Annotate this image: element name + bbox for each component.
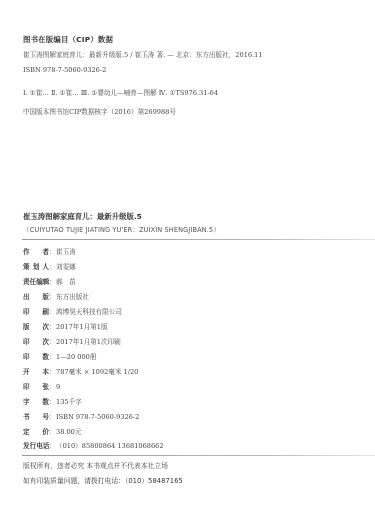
meta-value: 崔玉涛 — [56, 249, 76, 256]
meta-row-sheets: 印张 ： 9 — [23, 384, 60, 391]
meta-row-price: 定价 ： 38.00元 — [23, 429, 81, 436]
book-pinyin-title: （CUIYUTAO TUJIE JIATING YU'ER：ZUIXIN SHE… — [23, 227, 220, 234]
meta-label: 字数 — [23, 399, 49, 406]
meta-label: 出版 — [23, 294, 49, 301]
meta-label: 书号 — [23, 414, 49, 421]
meta-value: 2017年1月第1次印刷 — [56, 339, 121, 346]
meta-row-author: 作者 ： 崔玉涛 — [23, 249, 76, 256]
copyright-page: 图书在版编目（CIP）数据 崔玉涛图解家庭育儿：最新升级版.5 / 崔玉涛 著.… — [0, 0, 375, 517]
meta-label: 版次 — [23, 324, 49, 331]
meta-label: 策划人 — [23, 264, 49, 271]
meta-row-word-count: 字数 ： 135千字 — [23, 399, 82, 406]
meta-value: 2017年1月第1版 — [56, 324, 108, 331]
divider-top — [22, 239, 375, 240]
meta-value: ISBN 978-7-5060-9326-2 — [56, 414, 139, 421]
divider-bottom — [22, 455, 375, 456]
cip-isbn-line: ISBN 978-7-5060-9326-2 — [23, 67, 106, 74]
meta-row-planner: 策划人 ： 刘雯娜 — [23, 264, 76, 271]
meta-value: 1—20 000册 — [56, 354, 96, 361]
book-title: 崔玉涛图解家庭育儿：最新升级版.5 — [23, 213, 142, 220]
quality-hotline: 如有印装质量问题，请拨打电话：（010）58487165 — [23, 478, 183, 485]
cip-classification-line: Ⅰ. ①崔… Ⅱ. ①崔… Ⅲ. ①婴幼儿—哺育—图解 Ⅳ. ①TS976.31… — [23, 90, 218, 97]
meta-row-impression: 印次 ： 2017年1月第1次印刷 — [23, 339, 121, 346]
meta-label: 开本 — [23, 369, 49, 376]
meta-value: 刘雯娜 — [56, 264, 76, 271]
meta-value: 38.00元 — [56, 429, 81, 436]
meta-row-distribution-phone: 发行电话 ： （010）85800864 13681068662 — [23, 443, 164, 450]
cip-title-line: 崔玉涛图解家庭育儿：最新升级版.5 / 崔玉涛 著. — 北京：东方出版社，20… — [23, 52, 263, 59]
meta-value: 鸿博昊天科技有限公司 — [56, 309, 122, 316]
meta-row-format: 开本 ： 787毫米 × 1092毫米 1/20 — [23, 369, 138, 376]
cip-heading: 图书在版编目（CIP）数据 — [23, 36, 113, 43]
meta-label: 印数 — [23, 354, 49, 361]
meta-label: 印刷 — [23, 309, 49, 316]
meta-row-edition: 版次 ： 2017年1月第1版 — [23, 324, 108, 331]
meta-label: 责任编辑 — [23, 279, 49, 286]
cip-record-line: 中国版本图书馆CIP数据核字（2016）第269988号 — [23, 109, 176, 116]
meta-value: 787毫米 × 1092毫米 1/20 — [56, 369, 138, 376]
meta-label: 定价 — [23, 429, 49, 436]
meta-label: 发行电话 — [23, 443, 49, 450]
meta-value: 郝 苗 — [56, 279, 76, 286]
meta-value: 9 — [56, 384, 60, 391]
meta-label: 印次 — [23, 339, 49, 346]
meta-value: 135千字 — [56, 399, 82, 406]
meta-label: 作者 — [23, 249, 49, 256]
meta-row-print-run: 印数 ： 1—20 000册 — [23, 354, 96, 361]
meta-row-editor: 责任编辑 ： 郝 苗 — [23, 279, 76, 286]
meta-row-printer: 印刷 ： 鸿博昊天科技有限公司 — [23, 309, 122, 316]
meta-row-publisher: 出版 ： 东方出版社 — [23, 294, 89, 301]
meta-row-isbn: 书号 ： ISBN 978-7-5060-9326-2 — [23, 414, 139, 421]
copyright-notice: 版权所有，违者必究 本书观点并不代表本社立场 — [23, 463, 168, 470]
meta-label: 印张 — [23, 384, 49, 391]
meta-value: 东方出版社 — [56, 294, 89, 301]
meta-value: （010）85800864 13681068662 — [56, 443, 164, 450]
